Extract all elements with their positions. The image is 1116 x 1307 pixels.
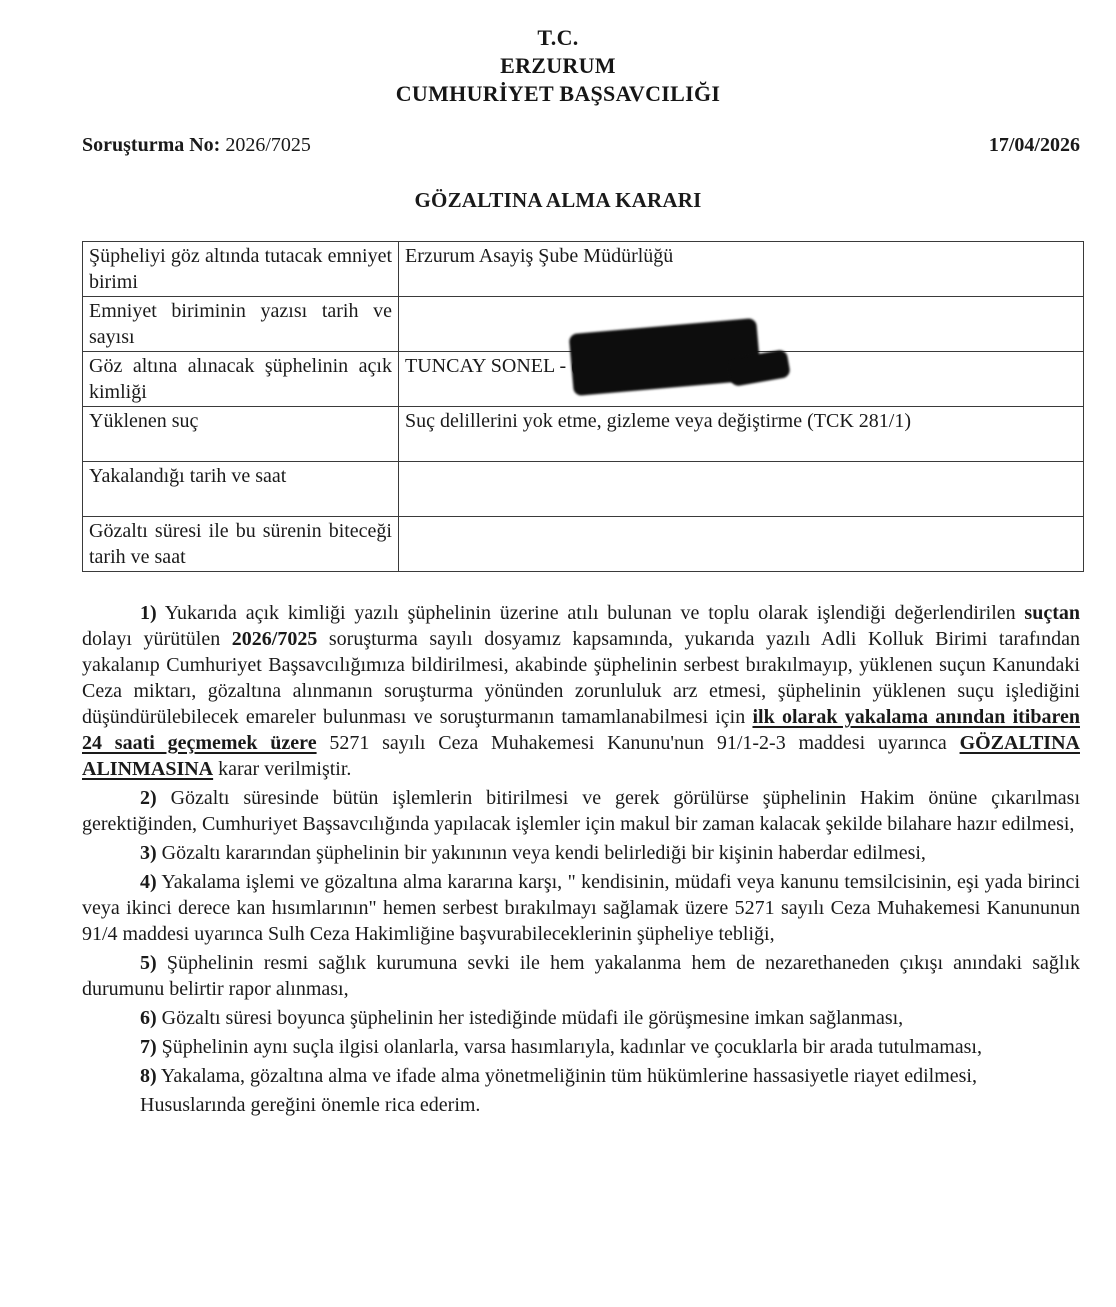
document-date: 17/04/2026 bbox=[989, 132, 1080, 158]
item-number: 5) bbox=[140, 952, 157, 974]
closing-line: Hususlarında gereğini önemle rica ederim… bbox=[82, 1092, 1080, 1118]
item-number: 7) bbox=[140, 1036, 157, 1058]
investigation-number: Soruşturma No: 2026/7025 bbox=[82, 132, 311, 158]
decision-body: 1) Yukarıda açık kimliği yazılı şüphelin… bbox=[82, 600, 1080, 1121]
row-label: Yüklenen suç bbox=[83, 407, 399, 462]
paragraph-7: 7) Şüphelinin aynı suçla ilgisi olanlarl… bbox=[82, 1034, 1080, 1060]
item-number: 1) bbox=[140, 602, 157, 624]
paragraph-text: dolayı yürütülen bbox=[82, 628, 232, 650]
row-label: Yakalandığı tarih ve saat bbox=[83, 462, 399, 517]
table-row: Şüpheliyi göz altında tutacak emniyet bi… bbox=[83, 242, 1084, 297]
paragraph-text: 5271 sayılı Ceza Muhakemesi Kanunu'nun 9… bbox=[317, 732, 960, 754]
paragraph-text: Yukarıda açık kimliği yazılı şüphelinin … bbox=[157, 602, 1025, 624]
item-number: 6) bbox=[140, 1007, 157, 1029]
detention-info-table: Şüpheliyi göz altında tutacak emniyet bi… bbox=[82, 241, 1084, 572]
row-label: Emniyet biriminin yazısı tarih ve sayısı bbox=[83, 297, 399, 352]
table-row: Yüklenen suç Suç delillerini yok etme, g… bbox=[83, 407, 1084, 462]
emphasis-text: suçtan bbox=[1024, 602, 1080, 624]
item-number: 4) bbox=[140, 871, 157, 893]
row-value bbox=[399, 462, 1084, 517]
paragraph-1: 1) Yukarıda açık kimliği yazılı şüphelin… bbox=[82, 600, 1080, 782]
row-value: Suç delillerini yok etme, gizleme veya d… bbox=[399, 407, 1084, 462]
paragraph-text: Gözaltı süresinde bütün işlemlerin bitir… bbox=[82, 787, 1080, 835]
document-title: GÖZALTINA ALMA KARARI bbox=[0, 186, 1116, 214]
row-label: Şüpheliyi göz altında tutacak emniyet bi… bbox=[83, 242, 399, 297]
row-value: TUNCAY SONEL - (T.C:12994324970) bbox=[399, 352, 1084, 407]
header-city: ERZURUM bbox=[0, 52, 1116, 80]
paragraph-text: karar verilmiştir. bbox=[213, 758, 351, 780]
item-number: 8) bbox=[140, 1065, 157, 1087]
row-label: Gözaltı süresi ile bu sürenin biteceği t… bbox=[83, 517, 399, 572]
table-row: Göz altına alınacak şüphelinin açık kiml… bbox=[83, 352, 1084, 407]
paragraph-2: 2) Gözaltı süresinde bütün işlemlerin bi… bbox=[82, 785, 1080, 837]
investigation-label: Soruşturma No: bbox=[82, 134, 220, 156]
item-number: 3) bbox=[140, 842, 157, 864]
header-office: CUMHURİYET BAŞSAVCILIĞI bbox=[0, 80, 1116, 108]
item-number: 2) bbox=[140, 787, 157, 809]
row-value bbox=[399, 517, 1084, 572]
meta-row: Soruşturma No: 2026/7025 17/04/2026 bbox=[82, 132, 1080, 158]
paragraph-4: 4) Yakalama işlemi ve gözaltına alma kar… bbox=[82, 869, 1080, 947]
paragraph-text: Şüphelinin aynı suçla ilgisi olanlarla, … bbox=[157, 1036, 982, 1058]
paragraph-6: 6) Gözaltı süresi boyunca şüphelinin her… bbox=[82, 1005, 1080, 1031]
paragraph-3: 3) Gözaltı kararından şüphelinin bir yak… bbox=[82, 840, 1080, 866]
paragraph-8: 8) Yakalama, gözaltına alma ve ifade alm… bbox=[82, 1063, 1080, 1089]
document-header: T.C. ERZURUM CUMHURİYET BAŞSAVCILIĞI bbox=[0, 24, 1116, 108]
row-value: Erzurum Asayiş Şube Müdürlüğü bbox=[399, 242, 1084, 297]
paragraph-text: Şüphelinin resmi sağlık kurumuna sevki i… bbox=[82, 952, 1080, 1000]
emphasis-text: 2026/7025 bbox=[232, 628, 318, 650]
paragraph-text: Yakalama işlemi ve gözaltına alma kararı… bbox=[82, 871, 1080, 945]
paragraph-5: 5) Şüphelinin resmi sağlık kurumuna sevk… bbox=[82, 950, 1080, 1002]
paragraph-text: Yakalama, gözaltına alma ve ifade alma y… bbox=[157, 1065, 977, 1087]
table-row: Gözaltı süresi ile bu sürenin biteceği t… bbox=[83, 517, 1084, 572]
paragraph-text: Gözaltı süresi boyunca şüphelinin her is… bbox=[157, 1007, 904, 1029]
investigation-value: 2026/7025 bbox=[225, 134, 311, 156]
table-row: Yakalandığı tarih ve saat bbox=[83, 462, 1084, 517]
paragraph-text: Gözaltı kararından şüphelinin bir yakını… bbox=[157, 842, 926, 864]
header-tc: T.C. bbox=[0, 24, 1116, 52]
row-label: Göz altına alınacak şüphelinin açık kiml… bbox=[83, 352, 399, 407]
